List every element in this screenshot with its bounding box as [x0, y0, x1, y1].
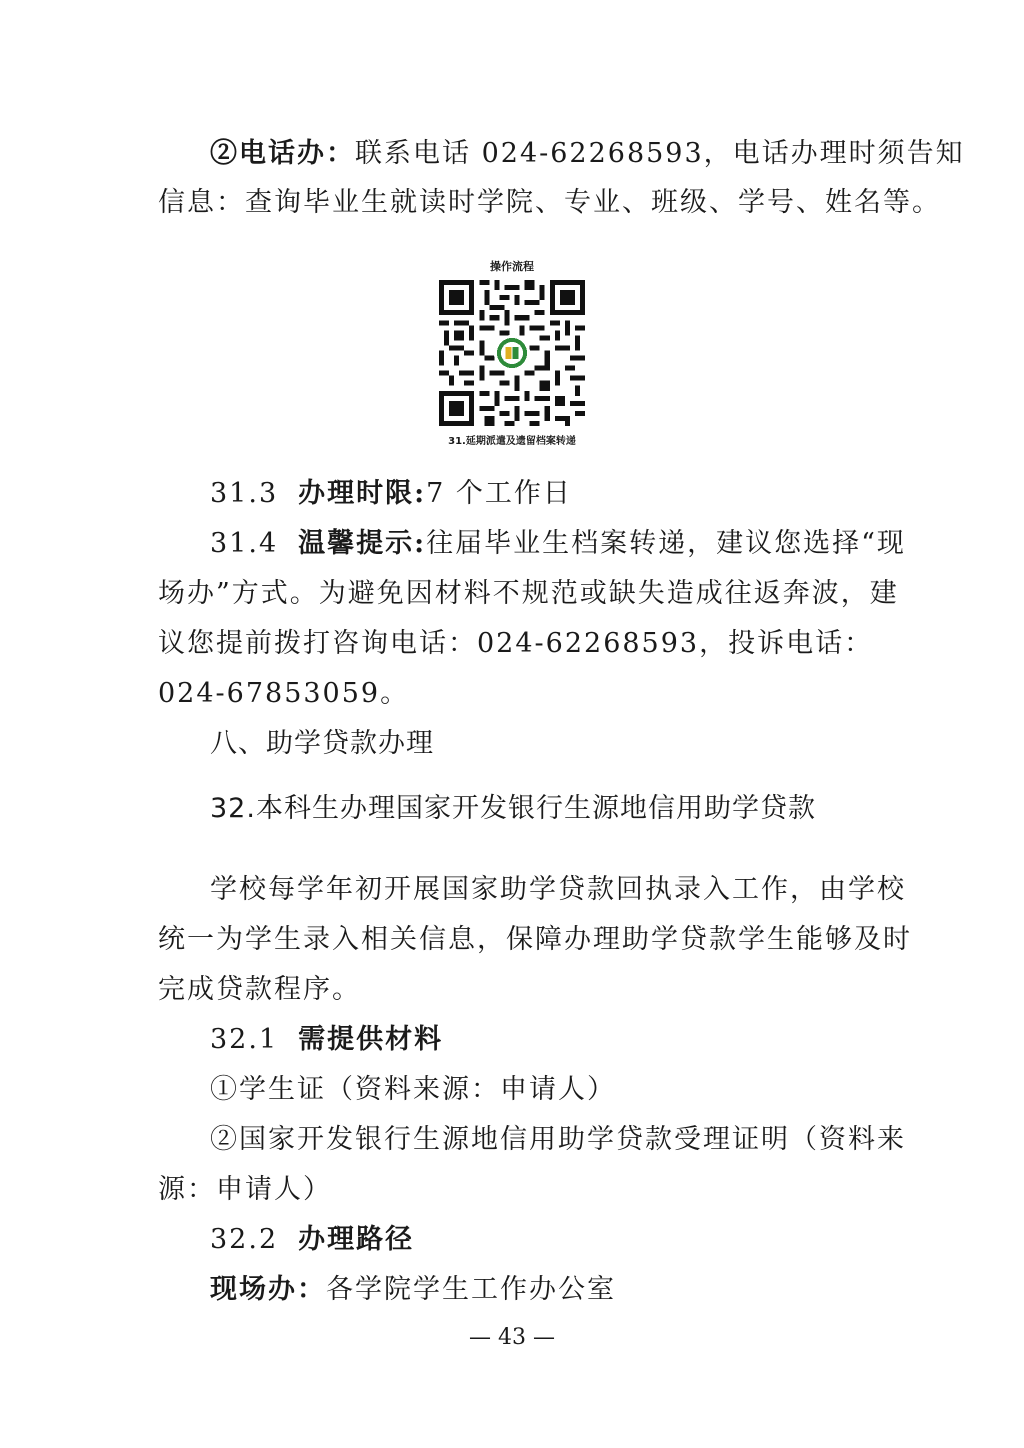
section-number: 32.2 — [210, 1224, 278, 1255]
page-number: — 43 — — [0, 1325, 1024, 1350]
section-number: 31.3 — [210, 478, 278, 509]
section-value: 7 个工作日 — [426, 478, 572, 509]
section-32-intro-line-2: 统一为学生录入相关信息，保障办理助学贷款学生能够及时 — [158, 923, 912, 957]
onsite-value: 各学院学生工作办公室 — [326, 1274, 616, 1305]
section-label: 温馨提示: — [298, 528, 426, 559]
section-label: 办理路径 — [298, 1224, 414, 1255]
phone-method-label: ②电话办： — [210, 138, 355, 169]
section-8-heading: 八、助学贷款办理 — [210, 727, 434, 761]
material-item-2-line-1: ②国家开发银行生源地信用助学贷款受理证明（资料来 — [210, 1123, 906, 1157]
section-number: 32.1 — [210, 1024, 278, 1055]
qr-code-block: 操作流程 — [436, 258, 588, 447]
onsite-label: 现场办： — [210, 1274, 326, 1305]
section-32-intro-line-3: 完成贷款程序。 — [158, 973, 361, 1007]
section-32-2: 32.2办理路径 — [210, 1223, 414, 1257]
section-text: 往届毕业生档案转递，建议您选择“现 — [426, 528, 906, 559]
phone-method-text: 联系电话 024-62268593，电话办理时须告知 — [355, 138, 965, 169]
phone-method-line-1: ②电话办：联系电话 024-62268593，电话办理时须告知 — [210, 137, 965, 171]
material-item-1: ①学生证（资料来源：申请人） — [210, 1073, 616, 1107]
section-number: 31.4 — [210, 528, 278, 559]
section-31-4-line-3: 议您提前拨打咨询电话：024-62268593，投诉电话： — [158, 627, 873, 661]
phone-method-line-2: 信息：查询毕业生就读时学院、专业、班级、学号、姓名等。 — [158, 186, 941, 220]
qr-code-icon — [439, 280, 585, 426]
qr-title: 操作流程 — [436, 258, 588, 274]
section-32-heading: 32.本科生办理国家开发银行生源地信用助学贷款 — [210, 792, 816, 826]
onsite-method: 现场办：各学院学生工作办公室 — [210, 1273, 616, 1307]
section-31-4-line-1: 31.4温馨提示:往届毕业生档案转递，建议您选择“现 — [210, 527, 906, 561]
section-31-4-line-2: 场办”方式。为避免因材料不规范或缺失造成往返奔波，建 — [158, 577, 899, 611]
qr-code-image — [439, 280, 585, 426]
section-32-intro-line-1: 学校每学年初开展国家助学贷款回执录入工作，由学校 — [210, 873, 906, 907]
section-label: 需提供材料 — [298, 1024, 443, 1055]
material-item-2-line-2: 源：申请人） — [158, 1173, 332, 1207]
section-31-3: 31.3办理时限:7 个工作日 — [210, 477, 572, 511]
section-label: 办理时限: — [298, 478, 426, 509]
section-32-1: 32.1需提供材料 — [210, 1023, 443, 1057]
qr-caption: 31.延期派遣及遗留档案转递 — [436, 432, 588, 447]
section-31-4-line-4: 024-67853059。 — [158, 677, 409, 711]
